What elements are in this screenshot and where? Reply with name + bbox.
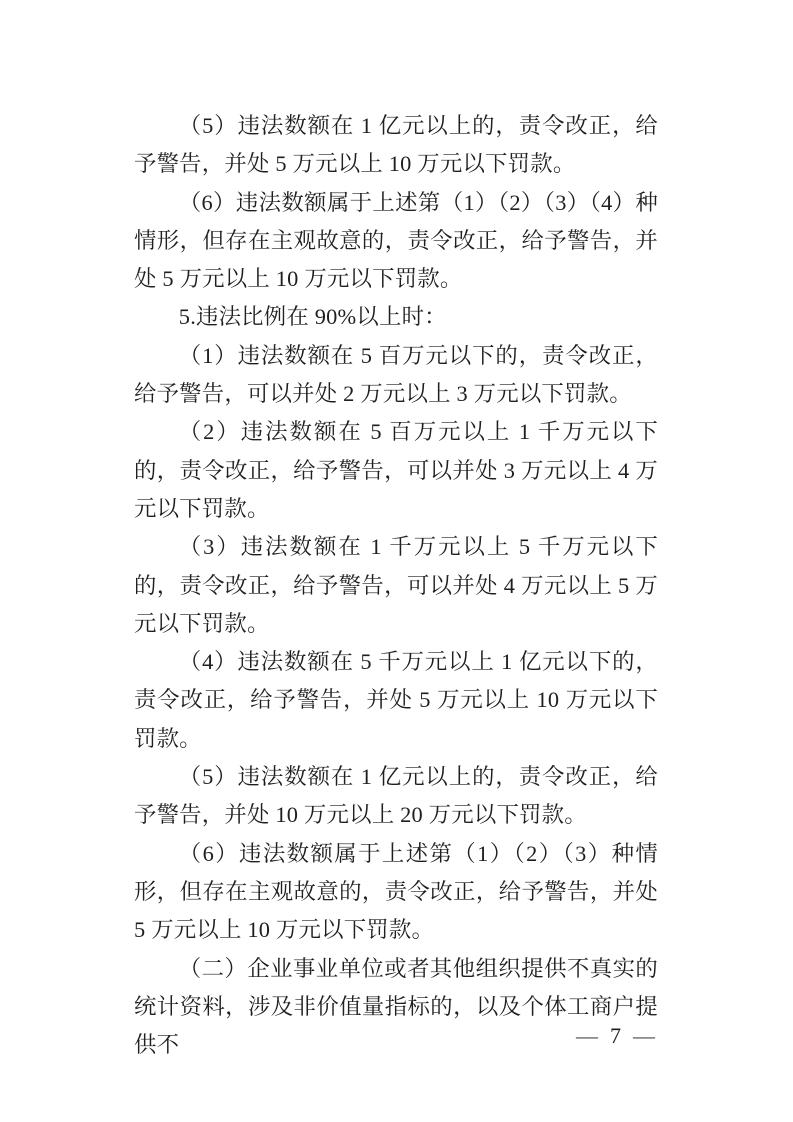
paragraph-1: （5）违法数额在 1 亿元以上的，责令改正，给予警告，并处 5 万元以上 10 … [134,107,658,184]
paragraph-4: （1）违法数额在 5 百万元以下的，责令改正，给予警告，可以并处 2 万元以上 … [134,337,658,414]
paragraph-8: （5）违法数额在 1 亿元以上的，责令改正，给予警告，并处 10 万元以上 20… [134,758,658,835]
footer-dash-right: — [633,1023,655,1048]
document-page: （5）违法数额在 1 亿元以上的，责令改正，给予警告，并处 5 万元以上 10 … [0,0,793,1122]
paragraph-7: （4）违法数额在 5 千万元以上 1 亿元以下的，责令改正，给予警告，并处 5 … [134,643,658,758]
paragraph-3: 5.违法比例在 90%以上时： [134,298,658,336]
paragraph-5: （2）违法数额在 5 百万元以上 1 千万元以下的，责令改正，给予警告，可以并处… [134,413,658,528]
paragraph-6: （3）违法数额在 1 千万元以上 5 千万元以下的，责令改正，给予警告，可以并处… [134,528,658,643]
page-footer: —7— [576,1021,655,1051]
document-body: （5）违法数额在 1 亿元以上的，责令改正，给予警告，并处 5 万元以上 10 … [134,107,658,1064]
paragraph-2: （6）违法数额属于上述第（1）（2）（3）（4）种情形，但存在主观故意的，责令改… [134,184,658,299]
footer-dash-left: — [576,1023,598,1048]
page-number: 7 [610,1023,621,1048]
paragraph-9: （6）违法数额属于上述第（1）（2）（3）种情形，但存在主观故意的，责令改正，给… [134,835,658,950]
